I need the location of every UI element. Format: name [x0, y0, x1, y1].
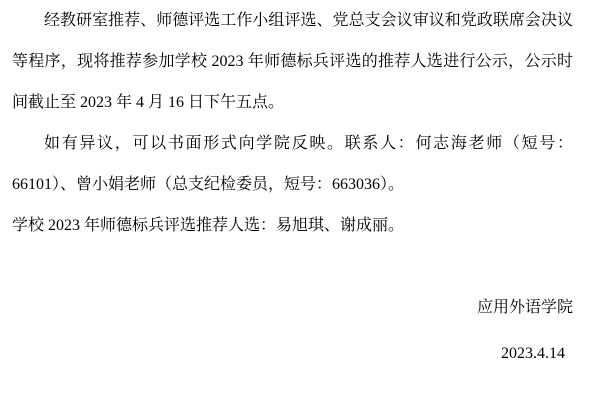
notice-body: 经教研室推荐、师德评选工作小组评选、党总支会议审议和党政联席会决议等程序，现将推… [12, 0, 573, 374]
paragraph-objection-contacts: 如有异议，可以书面形式向学院反映。联系人：何志海老师（短号：66101）、曾小娟… [12, 123, 573, 205]
paragraph-procedure-announcement: 经教研室推荐、师德评选工作小组评选、党总支会议审议和党政联席会决议等程序，现将推… [12, 0, 573, 123]
paragraph-nominees: 学校 2023 年师德标兵评选推荐人选：易旭琪、谢成丽。 [12, 205, 573, 246]
notice-page: 经教研室推荐、师德评选工作小组评选、党总支会议审议和党政联席会决议等程序，现将推… [0, 0, 593, 398]
signature-line: 应用外语学院 [12, 287, 573, 328]
date-line: 2023.4.14 [12, 333, 573, 374]
